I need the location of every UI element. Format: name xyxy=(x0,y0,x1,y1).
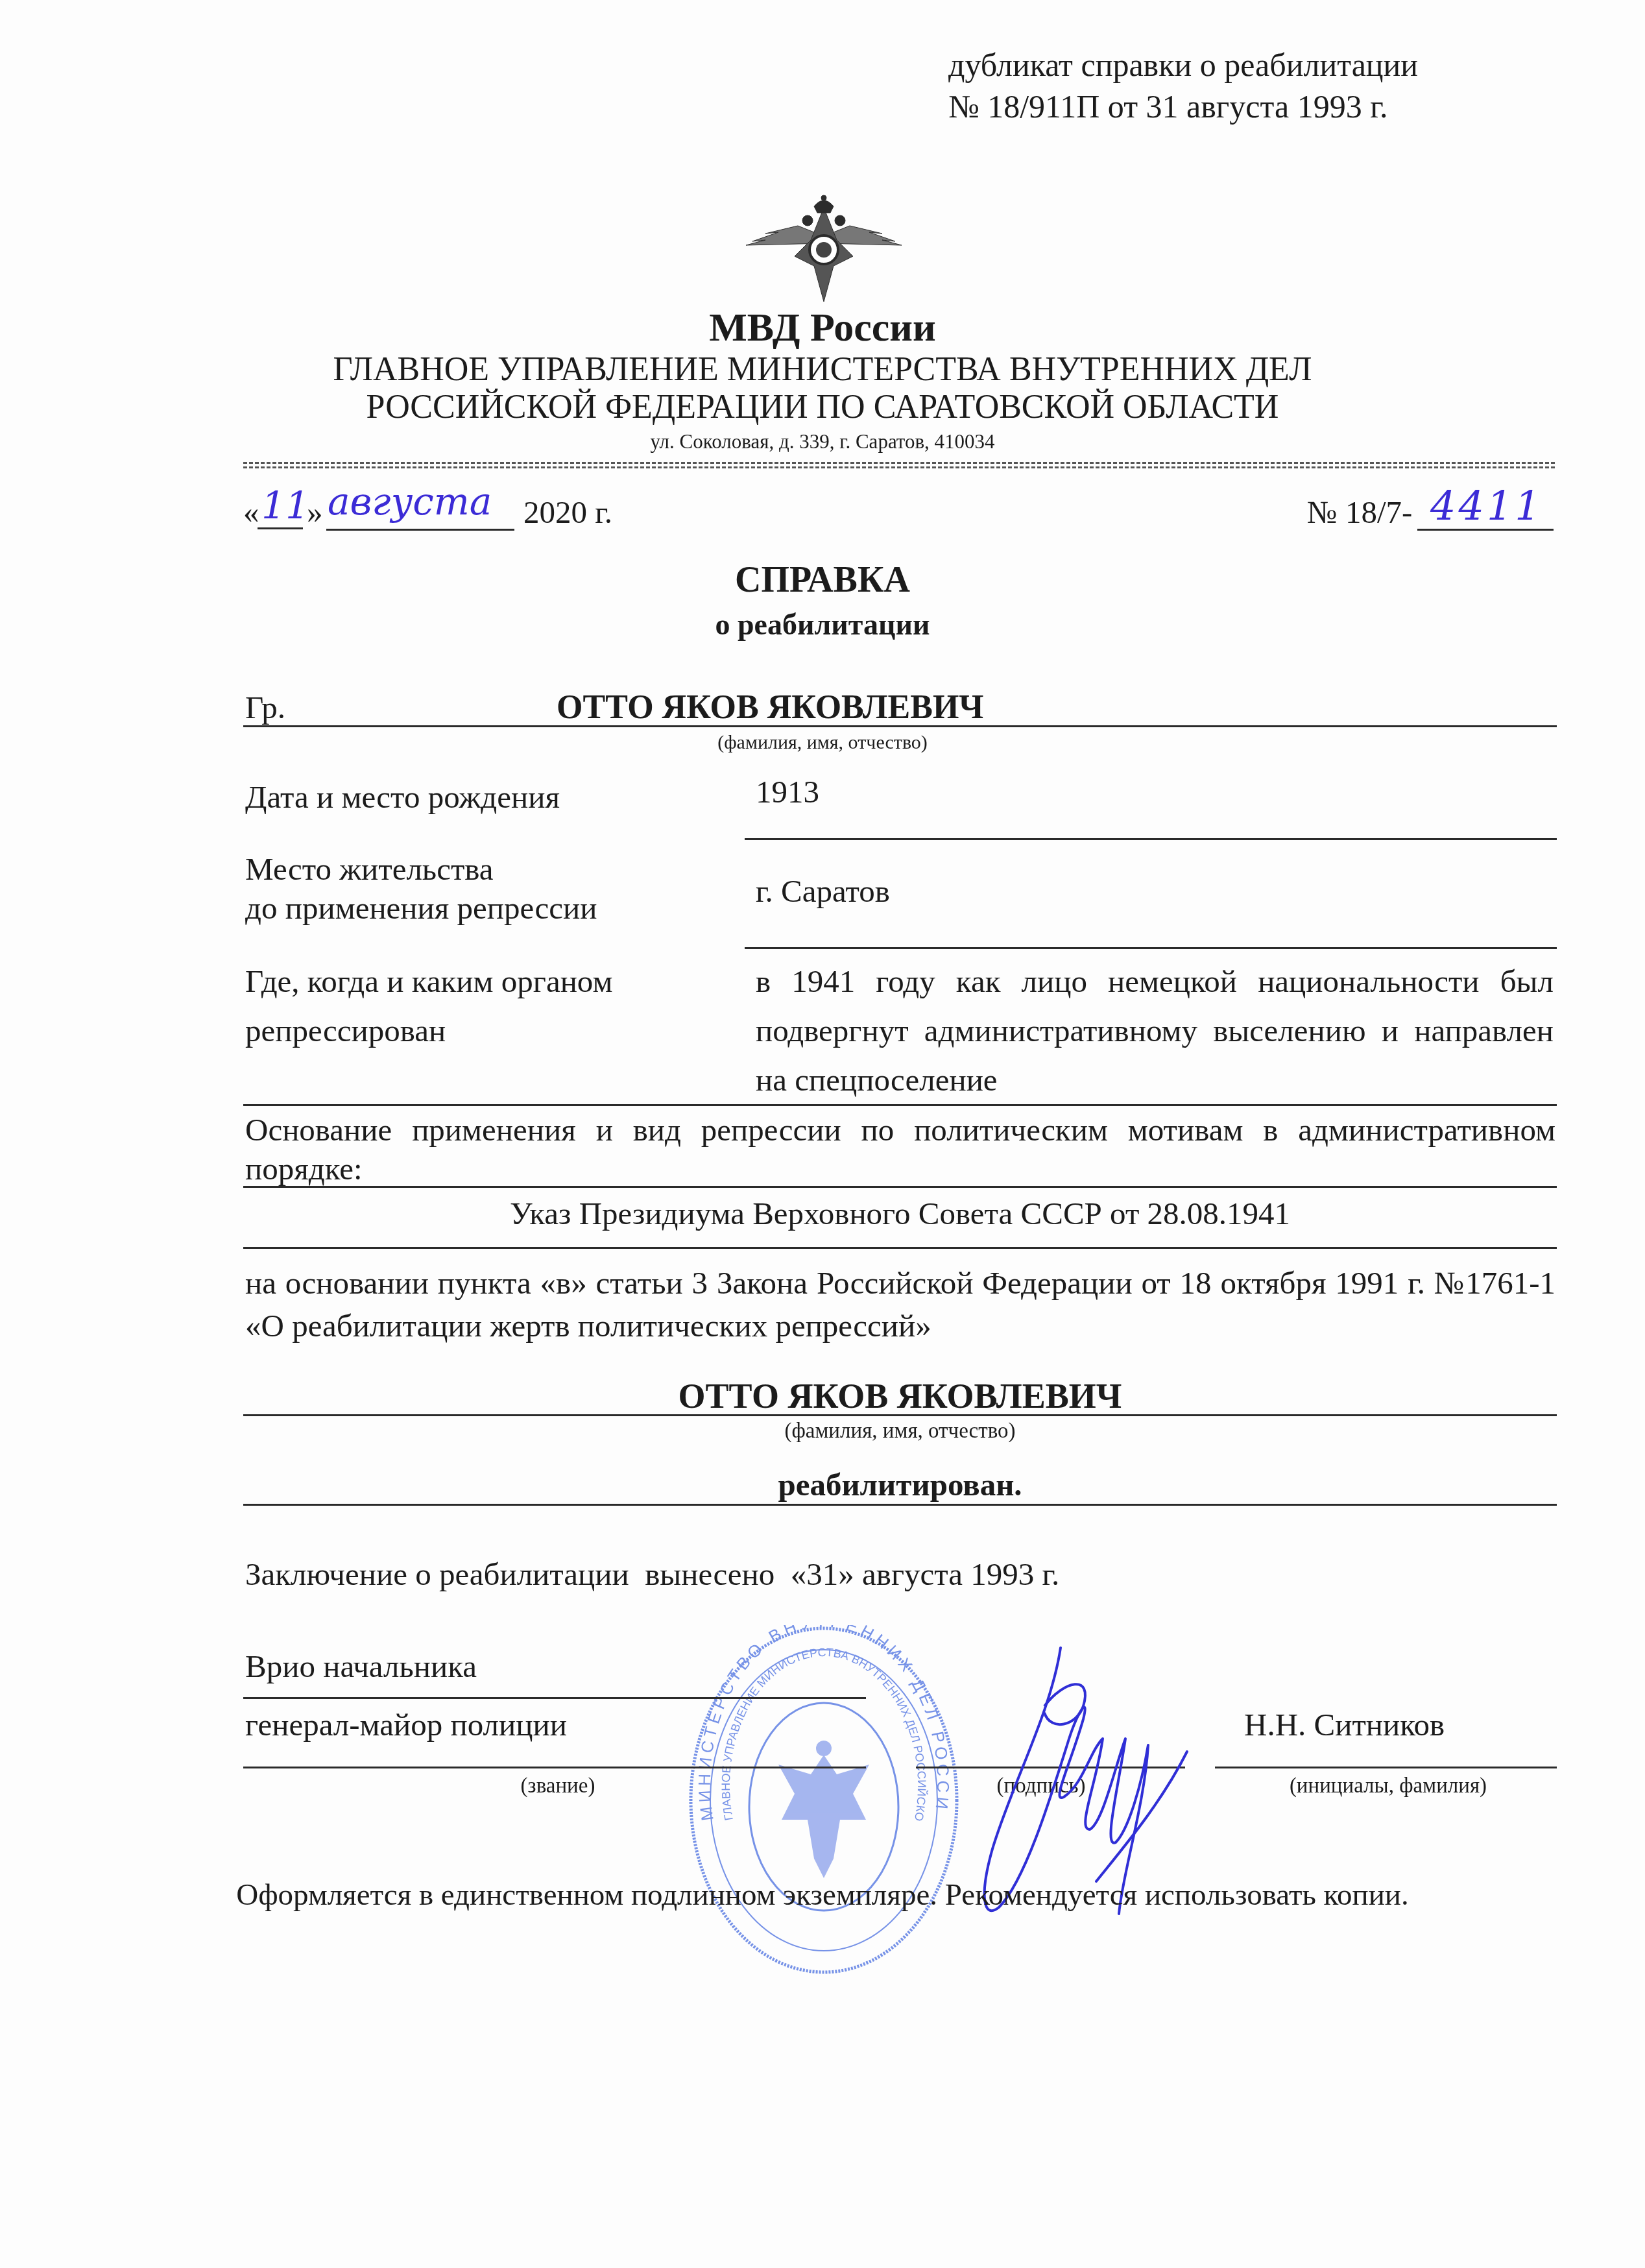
rank-caption: (звание) xyxy=(493,1774,623,1798)
repression-label: Где, когда и каким органом репрессирован xyxy=(245,957,612,1056)
residence-label-line2: до применения репрессии xyxy=(245,889,597,928)
citizen-name-caption: (фамилия, имя, отчество) xyxy=(0,732,1645,754)
signatory-rank: генерал-майор полиции xyxy=(245,1706,567,1744)
law-basis-text: на основании пункта «в» статьи 3 Закона … xyxy=(245,1262,1555,1347)
org-full-name-line2: РОССИЙСКОЙ ФЕДЕРАЦИИ ПО САРАТОВСКОЙ ОБЛА… xyxy=(0,388,1645,427)
repression-value: в 1941 году как лицо немецкой национальн… xyxy=(756,957,1554,1105)
citizen-prefix: Гр. xyxy=(245,689,285,727)
date-day-handwritten: 11 xyxy=(261,483,309,527)
document-subtitle: о реабилитации xyxy=(0,607,1645,643)
date-month-underline xyxy=(326,529,514,531)
header-separator xyxy=(243,462,1555,468)
birth-value-line xyxy=(745,838,1557,840)
official-stamp-icon: МИНИСТЕРСТВО ВНУТРЕННИХ ДЕЛ РОССИЙСКОЙ Ф… xyxy=(688,1625,960,1975)
rehabilitated-status: реабилитирован. xyxy=(243,1466,1557,1504)
rehabilitated-name-line xyxy=(243,1414,1557,1416)
basis-line xyxy=(243,1186,1557,1188)
rehabilitated-name-caption: (фамилия, имя, отчество) xyxy=(243,1419,1557,1443)
issue-date: « 11 » августа 2020 г. xyxy=(243,483,697,535)
basis-decree: Указ Президиума Верховного Совета СССР о… xyxy=(243,1195,1557,1233)
residence-label-line1: Место жительства xyxy=(245,850,597,889)
org-short-name: МВД России xyxy=(0,305,1645,350)
rank-line xyxy=(243,1767,866,1768)
issue-number-underline xyxy=(1417,529,1554,531)
name-line xyxy=(1215,1767,1557,1768)
date-day-underline xyxy=(258,527,303,529)
citizen-name-line xyxy=(243,725,1557,727)
mvd-emblem-icon xyxy=(739,195,908,305)
residence-label: Место жительства до применения репрессии xyxy=(245,850,597,928)
birth-value: 1913 xyxy=(756,773,819,812)
signatory-position-line xyxy=(243,1697,866,1699)
issue-number-handwritten: 4411 xyxy=(1430,482,1543,529)
decree-line xyxy=(243,1247,1557,1249)
duplicate-note-line1: дубликат справки о реабилитации xyxy=(948,44,1418,86)
repression-line xyxy=(243,1104,1557,1106)
date-close-quote: » xyxy=(307,494,323,532)
date-month-handwritten: августа xyxy=(328,479,492,524)
org-address: ул. Соколовая, д. 339, г. Саратов, 41003… xyxy=(0,429,1645,454)
issue-number: № 18/7- 4411 xyxy=(1307,483,1560,535)
duplicate-note-line2: № 18/911П от 31 августа 1993 г. xyxy=(948,86,1418,127)
residence-value: г. Саратов xyxy=(756,873,890,911)
residence-value-line xyxy=(745,947,1557,949)
birth-label: Дата и место рождения xyxy=(245,778,560,817)
signatory-position: Врио начальника xyxy=(245,1648,477,1686)
rehabilitated-name: ОТТО ЯКОВ ЯКОВЛЕВИЧ xyxy=(243,1375,1557,1417)
repression-label-line2: репрессирован xyxy=(245,1006,612,1056)
citizen-name: ОТТО ЯКОВ ЯКОВЛЕВИЧ xyxy=(557,688,984,728)
org-full-name-line1: ГЛАВНОЕ УПРАВЛЕНИЕ МИНИСТЕРСТВА ВНУТРЕНН… xyxy=(0,350,1645,389)
name-caption: (инициалы, фамилия) xyxy=(1258,1774,1518,1798)
basis-label: Основание применения и вид репрессии по … xyxy=(245,1111,1555,1188)
date-open-quote: « xyxy=(243,494,259,532)
signatory-name: Н.Н. Ситников xyxy=(1244,1706,1445,1744)
duplicate-note: дубликат справки о реабилитации № 18/911… xyxy=(948,44,1418,127)
rehabilitated-status-line xyxy=(243,1504,1557,1506)
footer-note: Оформляется в единственном подлинном экз… xyxy=(0,1877,1645,1913)
issue-number-prefix: № 18/7- xyxy=(1307,494,1412,532)
document-title: СПРАВКА xyxy=(0,559,1645,601)
date-year: 2020 г. xyxy=(523,494,612,532)
repression-label-line1: Где, когда и каким органом xyxy=(245,957,612,1006)
conclusion-text: Заключение о реабилитации вынесено «31» … xyxy=(245,1556,1059,1594)
